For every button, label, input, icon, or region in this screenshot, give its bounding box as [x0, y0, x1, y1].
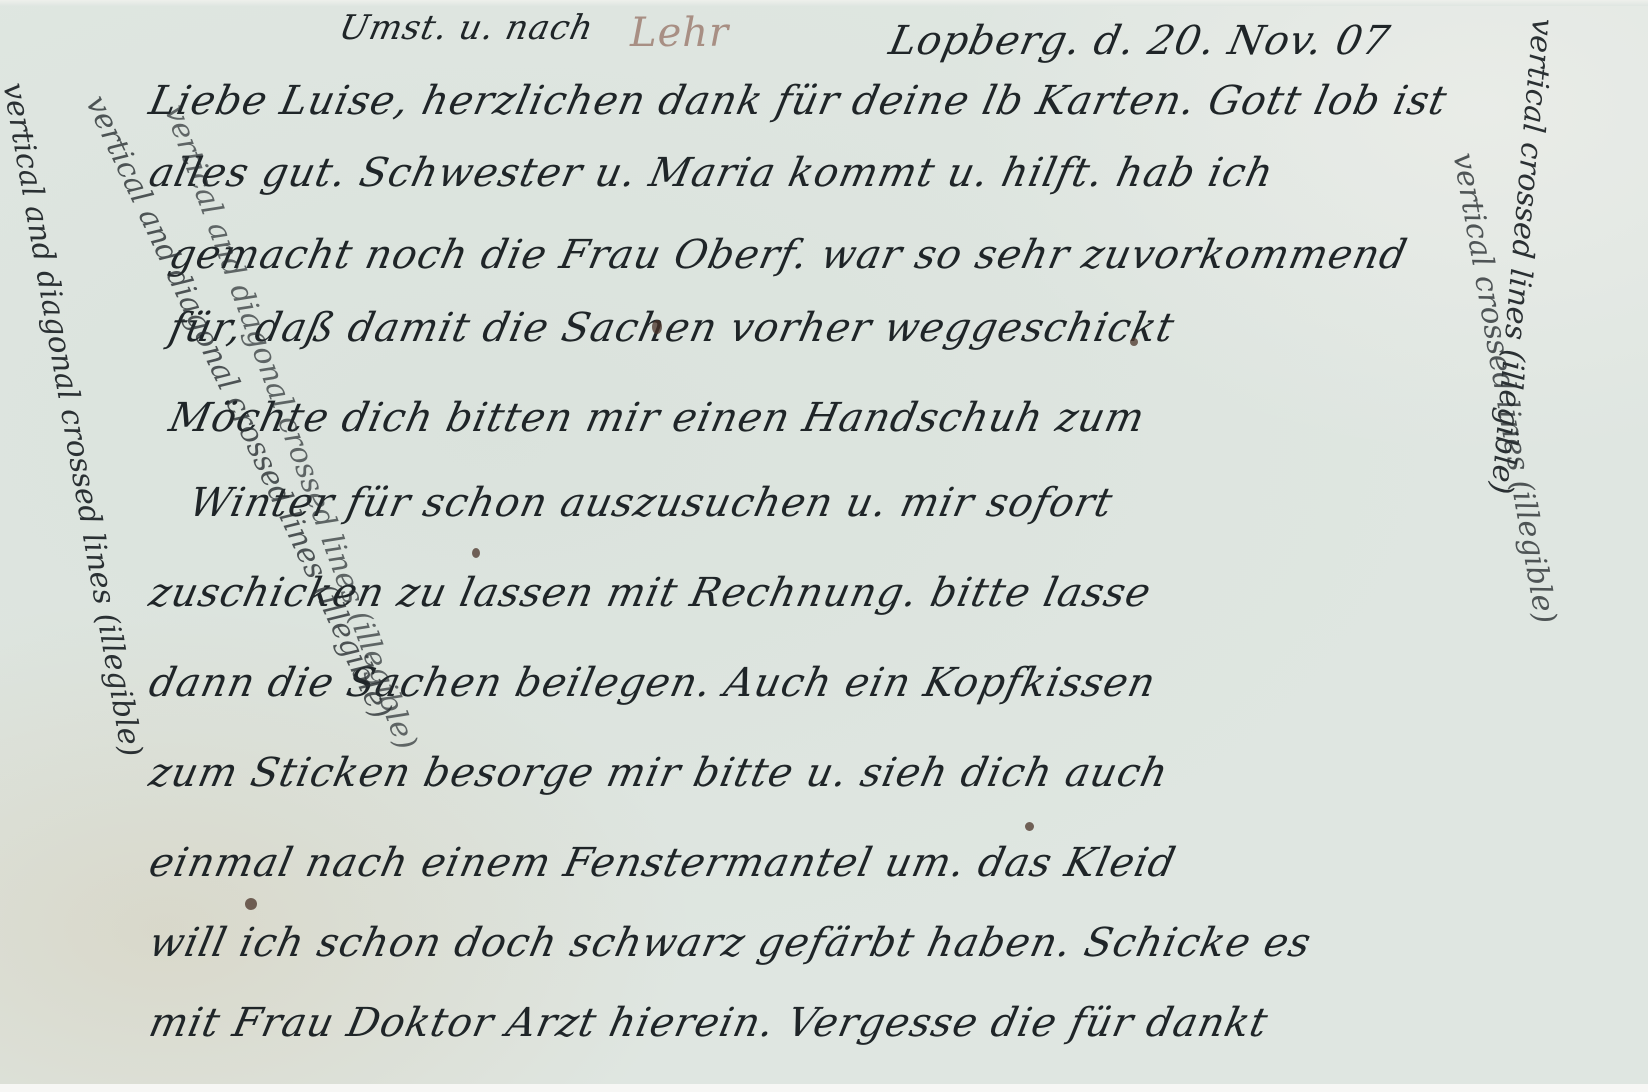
header-note: Umst. u. nach	[336, 8, 598, 48]
postcard: Umst. u. nach Lehr Lopberg. d. 20. Nov. …	[0, 0, 1648, 1092]
place-date: Lopberg. d. 20. Nov. 07	[885, 18, 1394, 64]
ink-stain	[472, 548, 480, 558]
body-line-9: zum Sticken besorge mir bitte u. sieh di…	[145, 750, 1173, 796]
ink-stain	[1025, 822, 1034, 831]
body-line-5: Möchte dich bitten mir einen Handschuh z…	[165, 395, 1149, 441]
body-line-12: mit Frau Doktor Arzt hierein. Vergesse d…	[145, 1000, 1272, 1046]
body-line-1: Liebe Luise, herzlichen dank für deine l…	[145, 78, 1451, 124]
body-line-11: will ich schon doch schwarz gefärbt habe…	[145, 920, 1315, 966]
body-line-4: für, daß damit die Sachen vorher weggesc…	[165, 305, 1179, 351]
body-line-8: dann die Sachen beilegen. Auch ein Kopfk…	[145, 660, 1160, 706]
ink-stain	[1130, 338, 1138, 346]
body-line-10: einmal nach einem Fenstermantel um. das …	[145, 840, 1180, 886]
pencil-note: Lehr	[630, 10, 729, 56]
right-margin-crosswriting-2: vertical crossed lines (illegible)	[1446, 150, 1563, 626]
paper-edge-bottom	[0, 1084, 1648, 1092]
ink-stain	[245, 898, 257, 910]
body-line-7: zuschicken zu lassen mit Rechnung. bitte…	[145, 570, 1155, 616]
paper-edge-top	[0, 0, 1648, 6]
body-line-2: alles gut. Schwester u. Maria kommt u. h…	[145, 150, 1278, 196]
ink-stain	[652, 320, 662, 334]
body-line-3: gemacht noch die Frau Oberf. war so sehr…	[165, 232, 1411, 278]
